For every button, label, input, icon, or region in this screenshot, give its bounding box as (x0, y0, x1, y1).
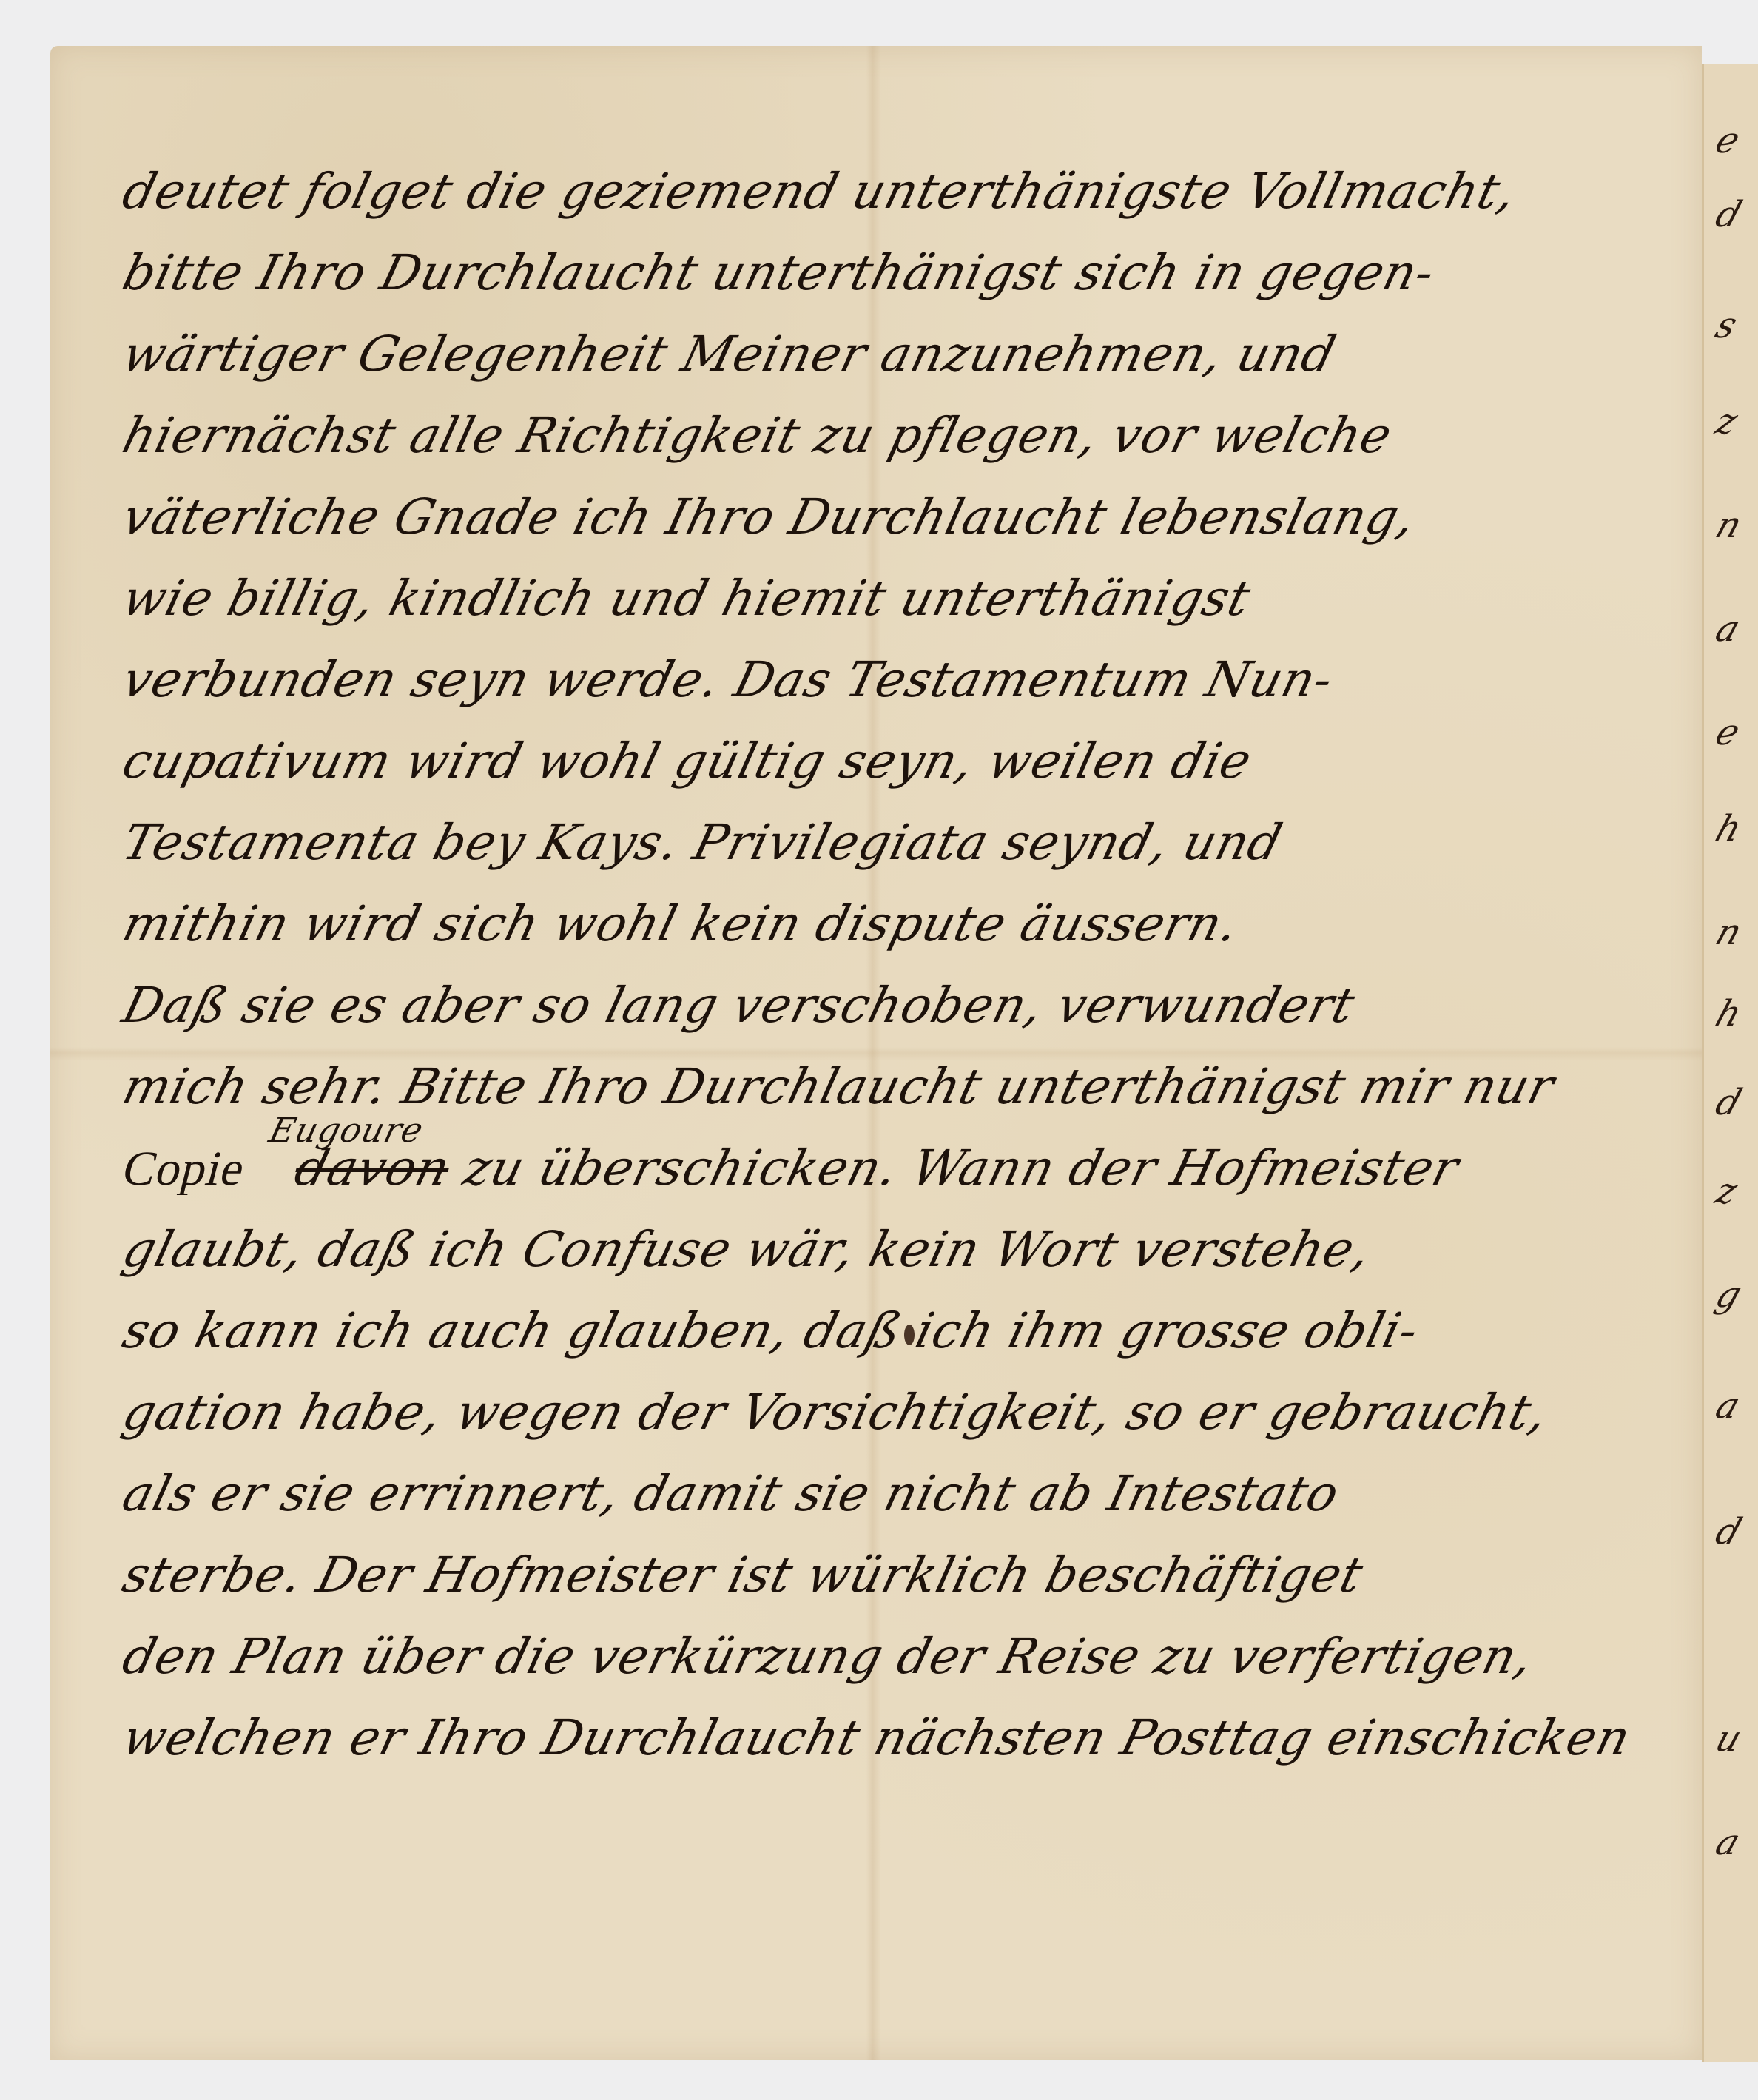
next-page-fragment: d (1711, 1085, 1745, 1120)
next-page-fragment: h (1711, 996, 1746, 1032)
text-line: so kann ich auch glauben, daß ich ihm gr… (111, 1302, 1670, 1384)
text-line: welchen er Ihro Durchlaucht nächsten Pos… (111, 1709, 1670, 1791)
next-page-fragment: n (1711, 508, 1746, 543)
next-page-fragment: s (1711, 308, 1741, 343)
text-line: den Plan über die verkürzung der Reise z… (111, 1628, 1670, 1709)
text-line: glaubt, daß ich Confuse wär, kein Wort v… (111, 1221, 1670, 1302)
text-line: Testamenta bey Kays. Privilegiata seynd,… (111, 814, 1670, 895)
text-line: hiernächst alle Richtigkeit zu pflegen, … (111, 407, 1670, 488)
copie-word: Copie (117, 1142, 251, 1196)
text-line: mithin wird sich wohl kein dispute äusse… (111, 895, 1670, 977)
next-page-fragment: d (1711, 197, 1745, 232)
text-line: als er sie errinnert, damit sie nicht ab… (111, 1465, 1670, 1547)
text-line: verbunden seyn werde. Das Testamentum Nu… (111, 651, 1670, 733)
interlinear-insertion: Eugoure (266, 1110, 428, 1150)
text-line: Daß sie es aber so lang verschoben, verw… (111, 977, 1670, 1058)
next-page-fragment: a (1711, 1388, 1744, 1424)
text-line: wärtiger Gelegenheit Meiner anzunehmen, … (111, 326, 1670, 407)
next-page-fragment: e (1711, 123, 1744, 158)
next-page-fragment: z (1711, 1174, 1742, 1209)
line-remainder: zu überschicken. Wann der Hofmeister (458, 1140, 1465, 1197)
next-page-fragment: n (1711, 915, 1746, 950)
handwritten-text-block: deutet folget die geziemend unterthänigs… (111, 163, 1650, 1791)
text-line: cupativum wird wohl gültig seyn, weilen … (111, 733, 1670, 814)
text-line: sterbe. Der Hofmeister ist würklich besc… (111, 1547, 1670, 1628)
next-page-fragment: a (1711, 611, 1744, 647)
text-line: deutet folget die geziemend unterthänigs… (111, 163, 1670, 244)
next-page-fragment: d (1711, 1514, 1745, 1549)
next-page-fragment: u (1711, 1721, 1746, 1757)
adjacent-page-strip: e d s z n a e h n h d z g a d u a (1702, 64, 1758, 2062)
next-page-fragment: e (1711, 715, 1744, 750)
text-line: väterliche Gnade ich Ihro Durchlaucht le… (111, 488, 1670, 570)
next-page-fragment: h (1711, 811, 1746, 847)
next-page-fragment: a (1711, 1825, 1744, 1860)
text-line: bitte Ihro Durchlaucht unterthänigst sic… (111, 244, 1670, 326)
text-line: gation habe, wegen der Vorsichtigkeit, s… (111, 1384, 1670, 1465)
text-line: wie billig, kindlich und hiemit unterthä… (111, 570, 1670, 651)
next-page-fragment: z (1711, 404, 1742, 440)
text-line-with-correction: Copie Eugoure davon zu überschicken. Wan… (111, 1140, 1670, 1221)
next-page-fragment: g (1711, 1277, 1745, 1313)
